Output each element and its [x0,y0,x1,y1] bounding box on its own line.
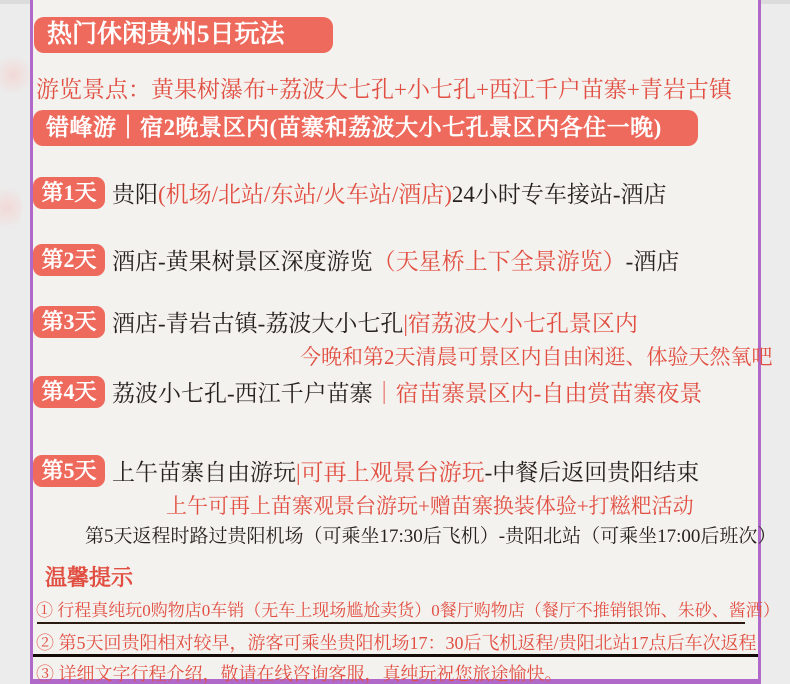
day-1-seg-1: 贵阳 [112,182,158,207]
tip-item-3: ③ 详细文字行程介绍，敬请在线咨询客服，真纯玩祝您旅途愉快。 [36,660,563,684]
day-5-badge: 第5天 [33,455,105,487]
day-1-text: 贵阳(机场/北站/东站/火车站/酒店)24小时专车接站-酒店 [112,176,667,209]
day-4-seg-2: ｜宿苗寨景区内-自由赏苗寨夜景 [373,381,703,406]
day-2-badge: 第2天 [33,244,105,276]
pink-smudge-decoration [0,182,22,234]
day-3-badge: 第3天 [33,306,105,338]
off-peak-banner: 错峰游｜宿2晚景区内(苗寨和荔波大小七孔景区内各住一晚) [33,110,698,146]
tips-title: 温馨提示 [45,561,133,592]
page-title-badge: 热门休闲贵州5日玩法 [34,17,333,53]
day-2-row: 第2天 酒店-黄果树景区深度游览（天星桥上下全景游览）-酒店 [33,243,679,276]
day-3-text: 酒店-青岩古镇-荔波大小七孔|宿荔波大小七孔景区内 [112,305,638,338]
divider-thick [33,654,758,657]
tip-item-1: ① 行程真纯玩0购物店0车销（无车上现场尴尬卖货）0餐厅购物店（餐厅不推销银饰、… [36,596,780,621]
day-1-badge: 第1天 [33,177,105,209]
day-5-text: 上午苗寨自由游玩|可再上观景台游玩-中餐后返回贵阳结束 [112,454,699,487]
day-3-seg-1: 酒店-青岩古镇-荔波大小七孔 [112,311,403,336]
day-5-seg-3: -中餐后返回贵阳结束 [485,460,700,485]
off-peak-banner-text: 错峰游｜宿2晚景区内(苗寨和荔波大小七孔景区内各住一晚) [46,115,662,140]
day-4-text: 荔波小七孔-西江千户苗寨｜宿苗寨景区内-自由赏苗寨夜景 [112,375,702,408]
day-2-seg-1: 酒店-黄果树景区深度游览 [112,249,373,274]
day-2-seg-3: -酒店 [626,249,680,274]
day-1-seg-2: (机场/北站/东站/火车站/酒店) [158,182,452,207]
day-1-row: 第1天 贵阳(机场/北站/东站/火车站/酒店)24小时专车接站-酒店 [33,176,667,209]
page-title: 热门休闲贵州5日玩法 [47,21,285,48]
day-5-seg-1: 上午苗寨自由游玩 [112,460,296,485]
scenic-spots-line: 游览景点：黄果树瀑布+荔波大七孔+小七孔+西江千户苗寨+青岩古镇 [36,71,732,104]
day-1-seg-3: 24小时专车接站-酒店 [452,182,667,207]
tip-item-2: ② 第5天回贵阳相对较早，游客可乘坐贵阳机场17：30后飞机返程/贵阳北站17点… [36,629,757,655]
day-4-row: 第4天 荔波小七孔-西江千户苗寨｜宿苗寨景区内-自由赏苗寨夜景 [33,375,702,408]
day-4-seg-1: 荔波小七孔-西江千户苗寨 [112,381,373,406]
day-5-subline: 上午可再上苗寨观景台游玩+赠苗寨换装体验+打糍粑活动 [166,490,694,520]
divider-thin [37,622,745,624]
day-5-row: 第5天 上午苗寨自由游玩|可再上观景台游玩-中餐后返回贵阳结束 [33,454,699,487]
day-3-seg-2: |宿荔波大小七孔景区内 [403,311,638,336]
itinerary-sheet: 热门休闲贵州5日玩法 游览景点：黄果树瀑布+荔波大七孔+小七孔+西江千户苗寨+青… [30,0,761,684]
day-4-badge: 第4天 [33,376,105,408]
day-3-subline: 今晚和第2天清晨可景区内自由闲逛、体验天然氧吧 [300,341,773,371]
day-5-seg-2: |可再上观景台游玩 [296,460,485,485]
day-2-seg-2: （天星桥上下全景游览） [373,249,626,274]
day-3-row: 第3天 酒店-青岩古镇-荔波大小七孔|宿荔波大小七孔景区内 [33,305,638,338]
day-5-return-note: 第5天返程时路过贵阳机场（可乘坐17:30后飞机）-贵阳北站（可乘坐17:00后… [85,521,776,548]
day-2-text: 酒店-黄果树景区深度游览（天星桥上下全景游览）-酒店 [112,243,679,276]
pink-smudge-decoration [0,52,30,98]
